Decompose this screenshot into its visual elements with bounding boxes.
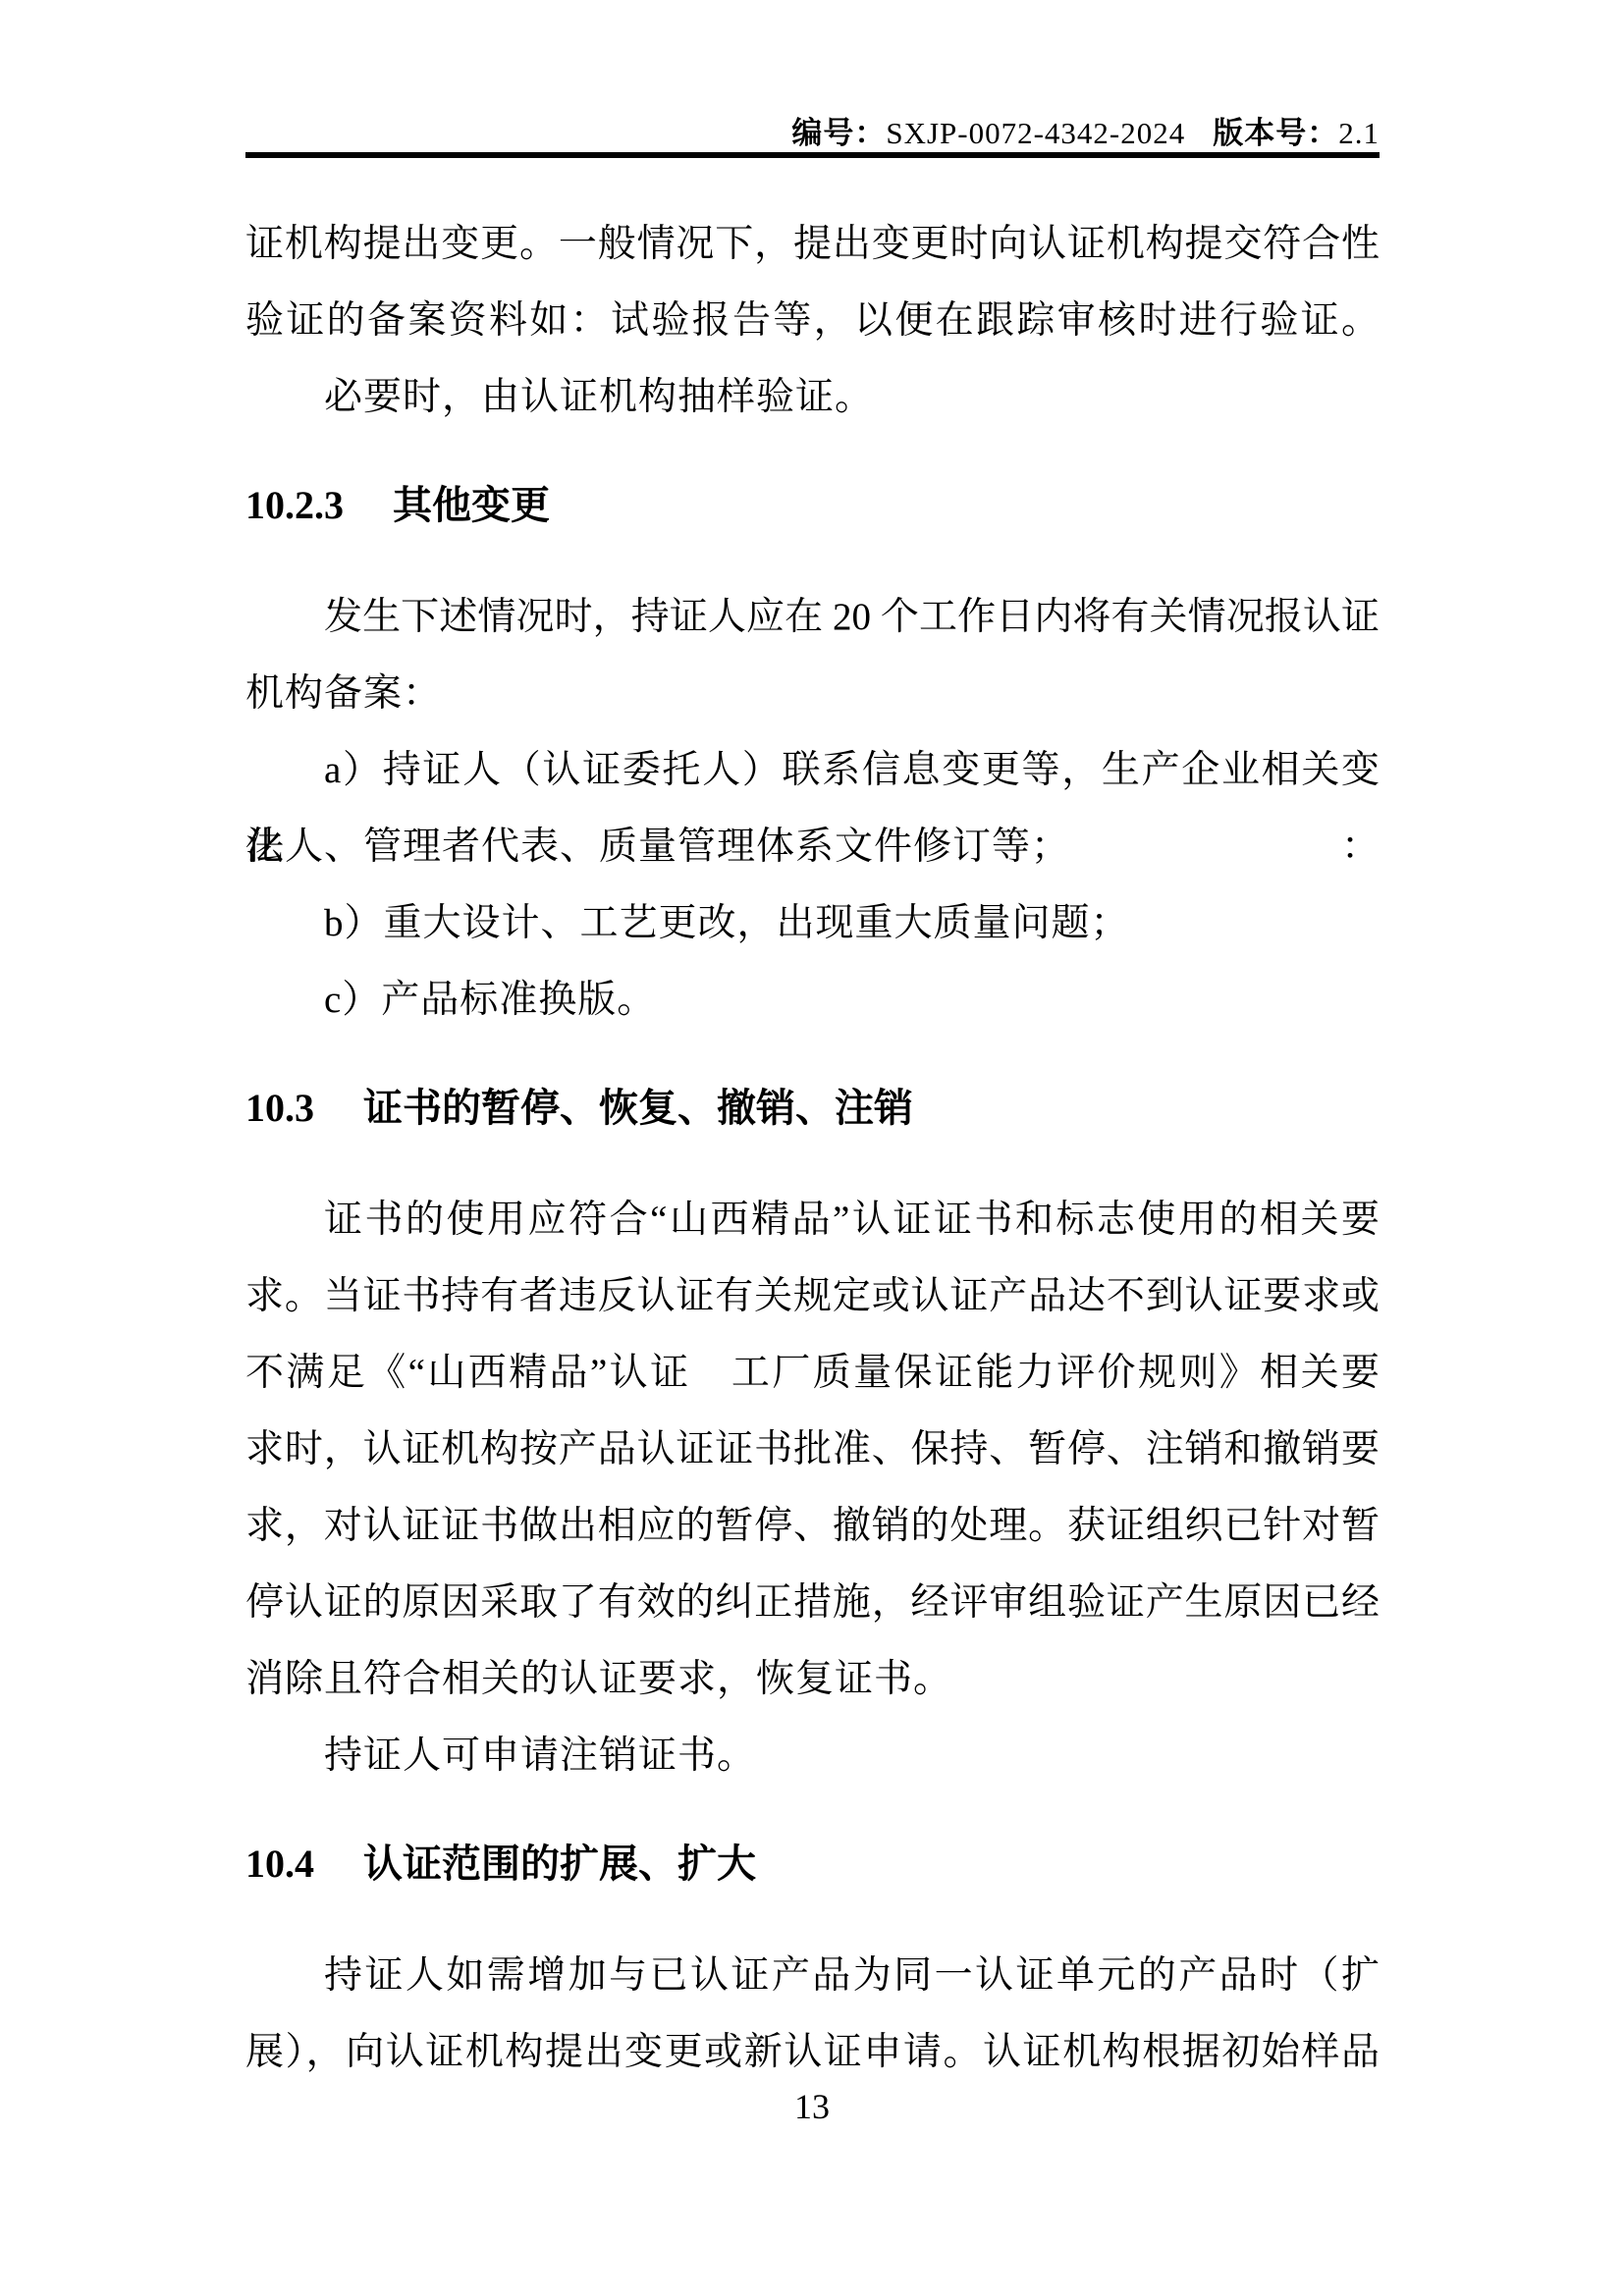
doc-version-label: 版本号：: [1213, 116, 1338, 150]
text-line: 持证人可申请注销证书。: [245, 1718, 1380, 1794]
doc-number-label: 编号：: [791, 116, 886, 150]
text-line: 求时，认证机构按产品认证证书批准、保持、暂停、注销和撤销要: [245, 1412, 1380, 1488]
page-number: 13: [794, 2087, 830, 2126]
header-rule: [245, 152, 1380, 158]
text-line: 证书的使用应符合“山西精品”认证证书和标志使用的相关要: [245, 1182, 1380, 1258]
text-line: 求。当证书持有者违反认证有关规定或认证产品达不到认证要求或: [245, 1258, 1380, 1335]
document-body: 证机构提出变更。一般情况下，提出变更时向认证机构提交符合性验证的备案资料如：试验…: [245, 206, 1380, 2091]
section-heading: 10.2.3其他变更: [245, 467, 1380, 544]
text-line: 验证的备案资料如：试验报告等，以便在跟踪审核时进行验证。: [245, 283, 1380, 359]
page-footer: 13: [0, 2083, 1624, 2130]
page: { "colors": { "page_background": "#fffff…: [0, 0, 1624, 2296]
section-number: 10.4: [245, 1842, 314, 1886]
page-header: 编号：SXJP-0072-4342-2024版本号：2.1: [791, 108, 1380, 152]
section-title: 证书的暂停、恢复、撤销、注销: [363, 1086, 913, 1130]
text-line: 发生下述情况时，持证人应在 20 个工作日内将有关情况报认证: [245, 579, 1380, 656]
text-line: 机构备案：: [245, 656, 1380, 732]
text-line: 证机构提出变更。一般情况下，提出变更时向认证机构提交符合性: [245, 206, 1380, 283]
text-line: 消除且符合相关的认证要求，恢复证书。: [245, 1641, 1380, 1718]
section-title: 认证范围的扩展、扩大: [363, 1842, 756, 1886]
text-line: c）产品标准换版。: [245, 962, 1380, 1039]
text-line: 展），向认证机构提出变更或新认证申请。认证机构根据初始样品: [245, 2014, 1380, 2091]
section-number: 10.2.3: [245, 483, 344, 527]
doc-number-value: SXJP-0072-4342-2024: [886, 116, 1185, 150]
section-number: 10.3: [245, 1086, 314, 1130]
text-line: a）持证人（认证委托人）联系信息变更等，生产企业相关变化：: [245, 732, 1380, 809]
text-line: 不满足《“山西精品”认证 工厂质量保证能力评价规则》相关要: [245, 1335, 1380, 1412]
text-line: 持证人如需增加与已认证产品为同一认证单元的产品时（扩: [245, 1938, 1380, 2014]
section-title: 其他变更: [393, 483, 550, 527]
doc-version-value: 2.1: [1338, 116, 1380, 150]
text-line: 求，对认证证书做出相应的暂停、撤销的处理。获证组织已针对暂: [245, 1488, 1380, 1565]
section-heading: 10.4认证范围的扩展、扩大: [245, 1826, 1380, 1902]
section-heading: 10.3证书的暂停、恢复、撤销、注销: [245, 1070, 1380, 1147]
text-line: 停认证的原因采取了有效的纠正措施，经评审组验证产生原因已经: [245, 1565, 1380, 1641]
text-line: b）重大设计、工艺更改，出现重大质量问题；: [245, 885, 1380, 962]
text-line: 必要时，由认证机构抽样验证。: [245, 359, 1380, 436]
